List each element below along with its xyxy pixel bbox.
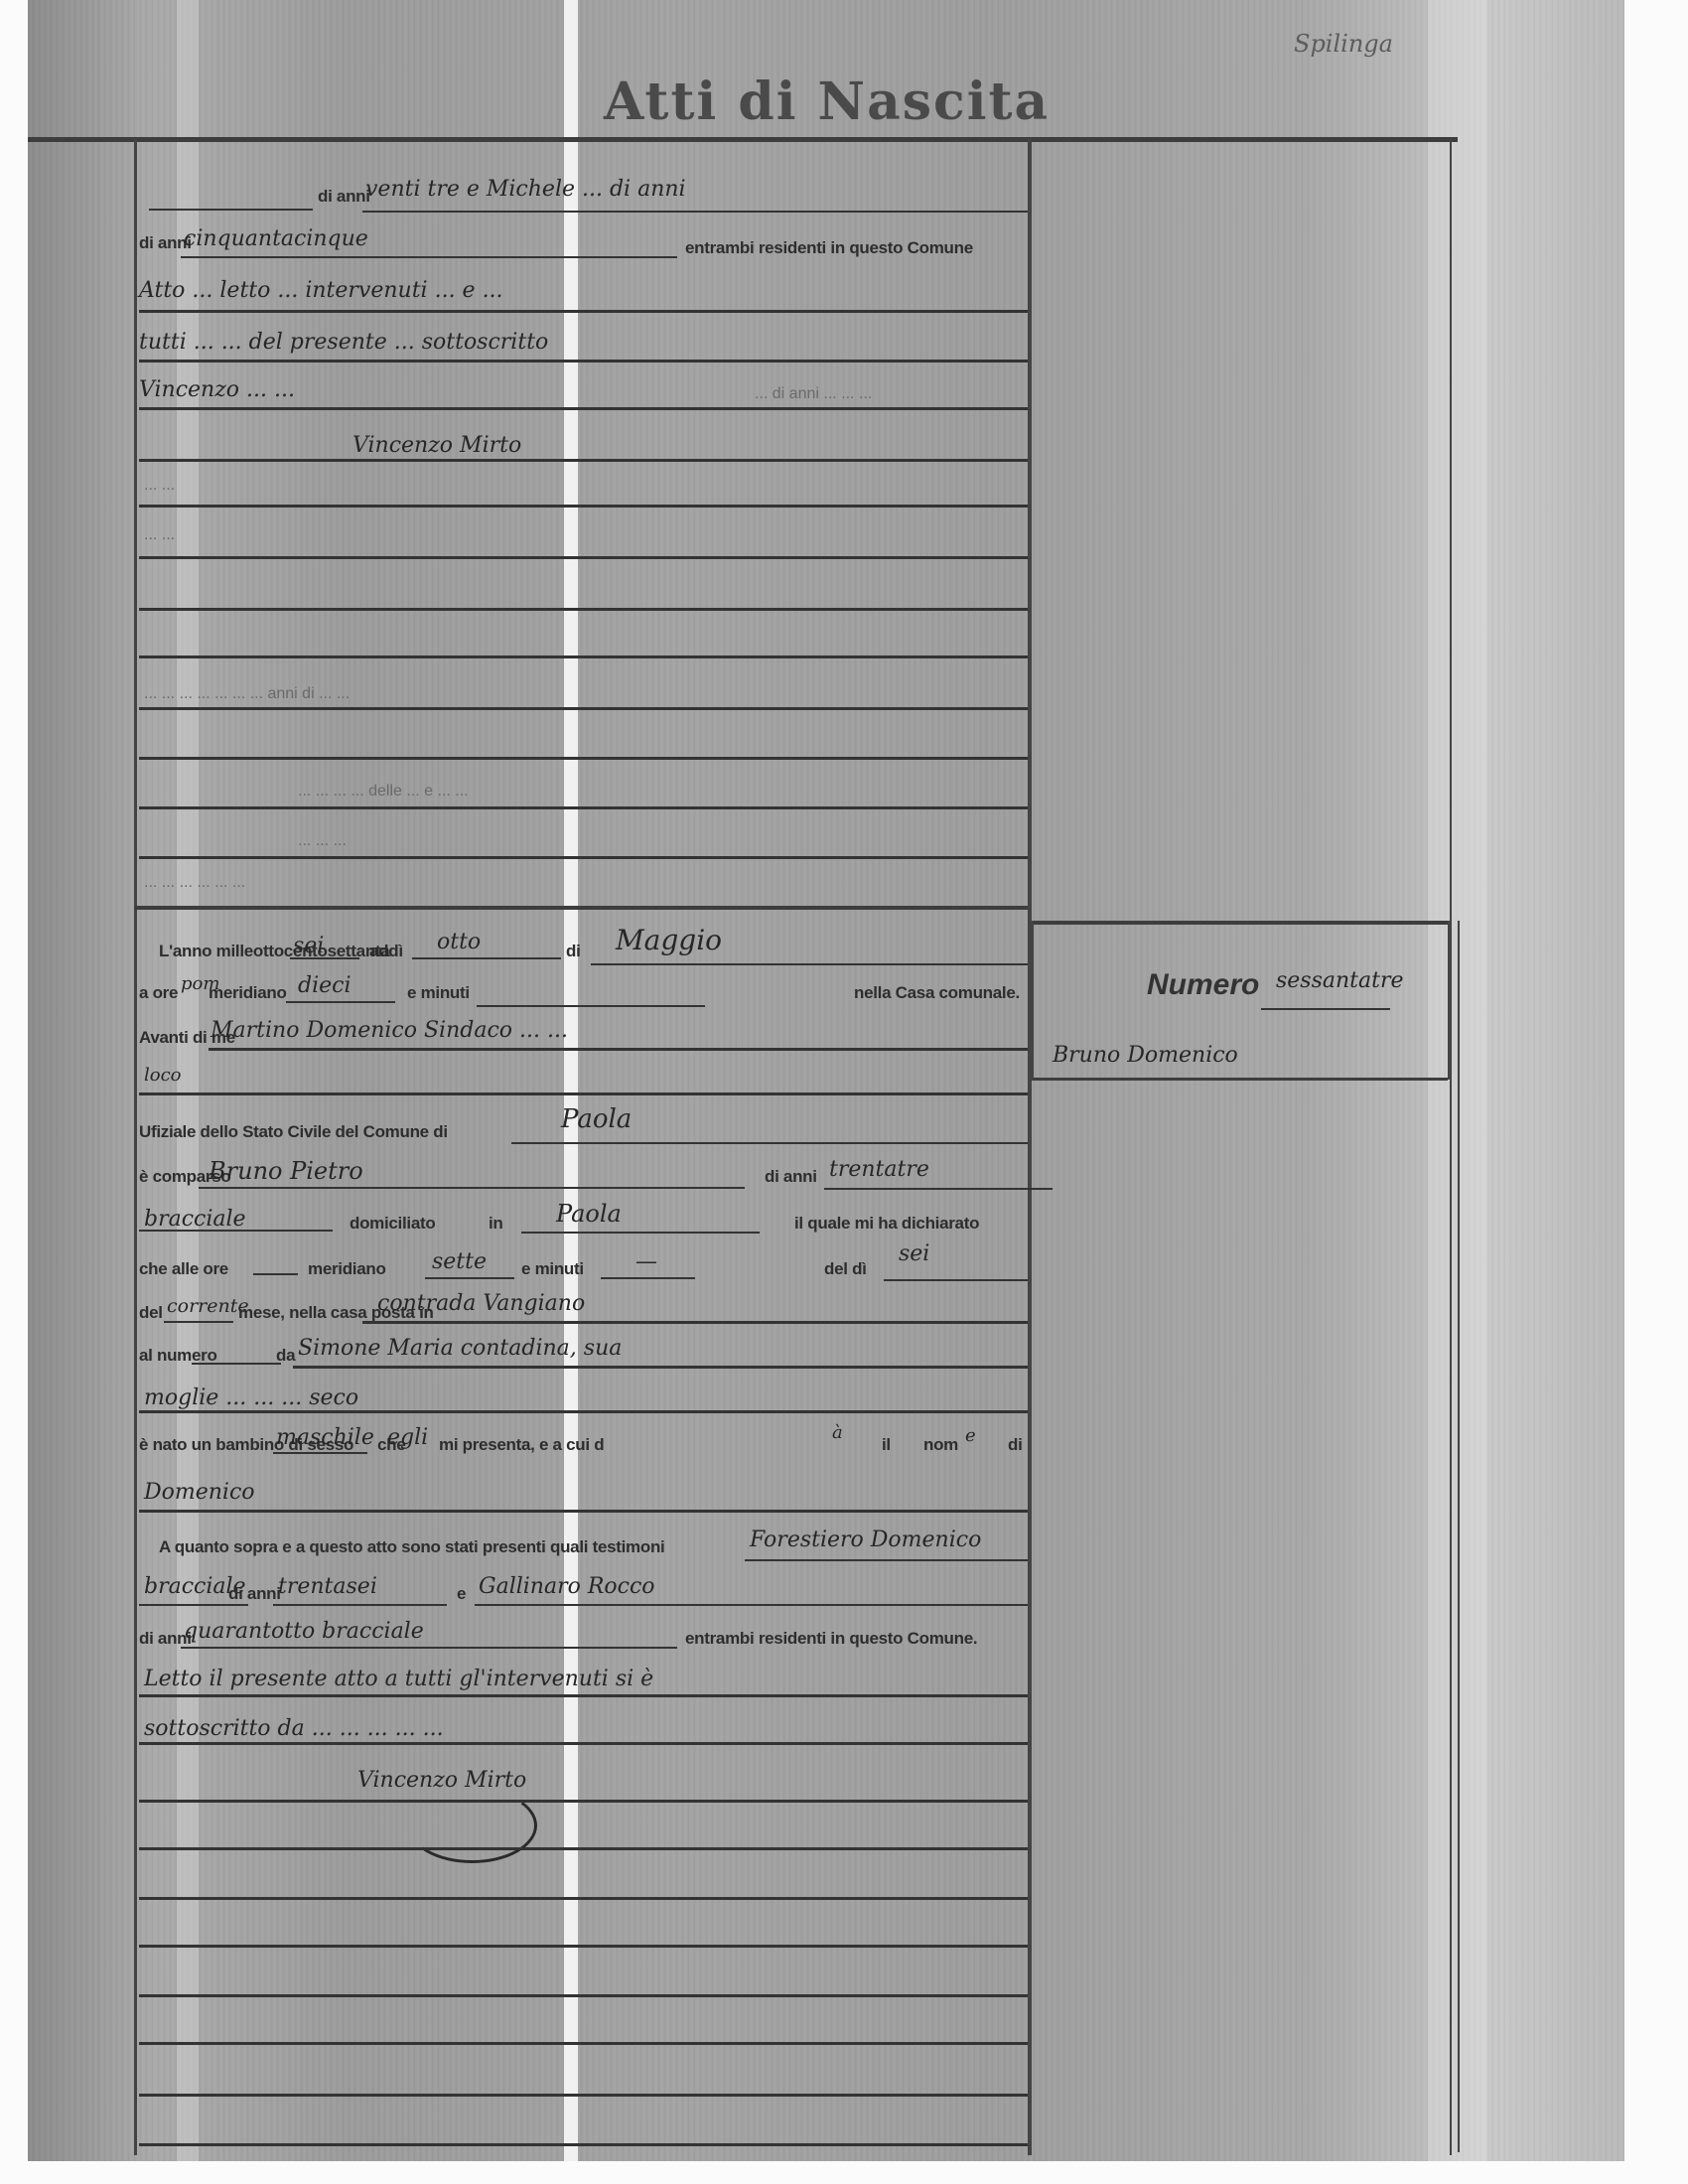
il-label: il xyxy=(882,1435,891,1455)
and-label: e xyxy=(457,1584,466,1604)
witness1-name-entry: Forestiero Domenico xyxy=(750,1528,981,1552)
margin-box-bottom xyxy=(1031,1078,1448,1081)
corner-annotation: Spilinga xyxy=(1294,30,1393,58)
hour2-entry: sette xyxy=(432,1249,487,1274)
left-border xyxy=(134,139,137,2155)
blank-line xyxy=(511,1142,1028,1144)
blank-line xyxy=(253,1273,298,1275)
blank-line xyxy=(745,1559,1028,1561)
month-entry: Maggio xyxy=(616,924,722,956)
blank-line xyxy=(884,1279,1028,1281)
ruled-line xyxy=(139,556,1028,559)
domicile-entry: Paola xyxy=(556,1200,622,1228)
ruled-line xyxy=(139,655,1028,658)
ruled-line xyxy=(139,1994,1028,1997)
field-label: di anni xyxy=(318,187,370,207)
blank-line xyxy=(290,957,359,959)
ruled-line xyxy=(293,1366,1028,1369)
mother-entry: Simone Maria contadina, sua xyxy=(298,1336,622,1361)
sex-entry: maschile xyxy=(276,1425,374,1450)
blank-line xyxy=(192,1363,281,1365)
officer-label: Ufiziale dello Stato Civile del Comune d… xyxy=(139,1122,448,1142)
margin-box-left xyxy=(1031,921,1034,1080)
profession-entry: bracciale xyxy=(144,1207,246,1232)
field-label: entrambi residenti in questo Comune xyxy=(685,238,973,258)
blank-line xyxy=(181,1647,677,1649)
officer-signature: Vincenzo Mirto xyxy=(357,1768,526,1793)
blank-line xyxy=(286,1001,395,1003)
blank-line xyxy=(1261,1008,1390,1010)
presents-label-2: mi presenta, e a cui d xyxy=(439,1435,604,1455)
officer-name-entry: Martino Domenico Sindaco ... ... xyxy=(211,1018,568,1043)
gives-entry: à xyxy=(832,1422,843,1443)
w1-age-label: di anni xyxy=(228,1584,281,1604)
blank-line xyxy=(521,1232,760,1234)
month2-entry: corrente xyxy=(167,1295,249,1317)
handwritten-entry: tutti ... ... del presente ... sottoscri… xyxy=(139,330,548,355)
ruled-line xyxy=(139,2094,1028,2097)
section-divider xyxy=(134,906,1028,910)
header-rule xyxy=(28,137,1458,142)
residents-label: entrambi residenti in questo Comune. xyxy=(685,1629,977,1649)
ruled-line xyxy=(139,608,1028,611)
age-label: di anni xyxy=(765,1167,817,1187)
blank-line xyxy=(149,209,313,211)
child-name-entry: Domenico xyxy=(144,1480,255,1505)
ruled-line xyxy=(139,1694,1028,1697)
numero-label: Numero xyxy=(1147,968,1259,1002)
domiciled-label: domiciliato xyxy=(350,1214,435,1234)
right-border xyxy=(1450,139,1452,2155)
ruled-line xyxy=(139,1800,1028,1803)
of-day-label: del dì xyxy=(824,1259,867,1279)
ruled-line xyxy=(139,1847,1028,1850)
presents-entry: egli xyxy=(387,1425,428,1450)
day-label: addì xyxy=(369,942,403,961)
that-hour-label: che alle ore xyxy=(139,1259,228,1279)
place-label: nella Casa comunale. xyxy=(854,983,1020,1003)
margin-box-right xyxy=(1448,921,1451,1080)
blank-line xyxy=(199,1187,745,1189)
day2-entry: sei xyxy=(899,1241,929,1266)
blank-line xyxy=(362,211,1028,213)
closing-entry: sottoscritto da ... ... ... ... ... xyxy=(144,1716,444,1741)
month-label: di xyxy=(566,942,581,961)
handwritten-entry: Atto ... letto ... intervenuti ... e ... xyxy=(139,278,503,303)
blank-line xyxy=(591,963,1028,965)
declarant-name-entry: Bruno Pietro xyxy=(209,1157,363,1185)
scan-streak xyxy=(564,0,578,2161)
minutes2-label: e minuti xyxy=(521,1259,584,1279)
blank-line xyxy=(824,1188,1053,1190)
handwritten-entry: cinquantacinque xyxy=(184,226,368,251)
margin-name-entry: Bruno Domenico xyxy=(1053,1043,1238,1068)
declared-label: il quale mi ha dichiarato xyxy=(794,1214,979,1234)
in-label: in xyxy=(489,1214,503,1234)
witnesses-intro-label: A quanto sopra e a questo atto sono stat… xyxy=(159,1537,664,1557)
witness1-age-entry: trentasei xyxy=(278,1574,377,1599)
blank-line xyxy=(477,1005,705,1007)
printed-text-faint: ... ... ... ... ... ... ... anni di ... … xyxy=(144,685,350,703)
ruled-line xyxy=(139,2042,1028,2045)
blank-line xyxy=(139,1230,333,1232)
document-title: Atti di Nascita xyxy=(604,72,1050,132)
minutes-label: e minuti xyxy=(407,983,470,1003)
nome-suffix-entry: e xyxy=(965,1425,976,1446)
blank-line xyxy=(475,1604,1028,1606)
ruled-line xyxy=(209,1048,1028,1051)
witness2-name-entry: Gallinaro Rocco xyxy=(479,1574,655,1599)
ruled-line xyxy=(362,1321,1028,1324)
age-entry: trentatre xyxy=(829,1157,929,1182)
printed-text-faint: ... ... ... xyxy=(298,832,347,850)
signature: Vincenzo Mirto xyxy=(352,433,521,458)
hour-entry: dieci xyxy=(298,973,352,998)
blank-line xyxy=(425,1277,514,1279)
blank-line xyxy=(273,1604,447,1606)
closing-entry: Letto il presente atto a tutti gl'interv… xyxy=(144,1667,653,1691)
ruled-line xyxy=(139,360,1028,363)
blank-line xyxy=(164,1321,233,1323)
meridiano2-label: meridiano xyxy=(308,1259,386,1279)
blank-line xyxy=(412,957,561,959)
day-entry: otto xyxy=(437,930,481,954)
scanned-page: Atti di Nascita Spilinga xyxy=(28,0,1624,2161)
ruled-line xyxy=(139,707,1028,710)
blank-line xyxy=(601,1277,695,1279)
ruled-line xyxy=(139,1945,1028,1948)
ruled-line xyxy=(139,505,1028,508)
ruled-line xyxy=(139,1897,1028,1900)
handwritten-entry: Vincenzo ... ... xyxy=(139,377,295,402)
margin-box-top xyxy=(1031,921,1448,925)
mother-entry-continued: moglie ... ... ... seco xyxy=(144,1385,358,1410)
act-number-entry: sessantatre xyxy=(1276,968,1404,993)
handwritten-entry: venti tre e Michele ... di anni xyxy=(365,177,686,202)
column-divider xyxy=(1028,139,1032,2155)
printed-text-faint: ... ... ... ... ... ... xyxy=(144,874,245,892)
ruled-line xyxy=(139,856,1028,859)
ruled-line xyxy=(139,1742,1028,1745)
printed-text-faint: ... ... xyxy=(144,477,175,495)
ruled-line xyxy=(139,806,1028,809)
ruled-line xyxy=(139,459,1028,462)
ruled-line xyxy=(139,1510,1028,1513)
ruled-line xyxy=(139,1410,1028,1413)
ruled-line xyxy=(139,1092,1028,1095)
ruled-line xyxy=(139,407,1028,410)
ruled-line xyxy=(139,310,1028,313)
blank-line xyxy=(273,1452,367,1454)
handwritten-entry: loco xyxy=(144,1065,182,1086)
di-label: di xyxy=(1008,1435,1023,1455)
printed-text-faint: ... ... xyxy=(144,526,175,544)
margin-right-line xyxy=(1458,921,1460,2152)
nome-label: nom xyxy=(923,1435,958,1455)
ruled-line xyxy=(139,2143,1028,2146)
blank-line xyxy=(139,1604,248,1606)
comune-entry: Paola xyxy=(561,1104,632,1134)
printed-text-faint: ... ... ... ... delle ... e ... ... xyxy=(298,783,469,801)
witness2-age-entry: quarantotto bracciale xyxy=(184,1619,424,1644)
house-entry: contrada Vangiano xyxy=(377,1291,585,1316)
hour-label: a ore xyxy=(139,983,178,1003)
year-entry: sei xyxy=(293,934,324,958)
printed-text-faint: ... di anni ... ... ... xyxy=(755,385,872,403)
of-label: del xyxy=(139,1303,163,1323)
blank-line xyxy=(181,256,677,258)
from-label: da xyxy=(276,1346,295,1366)
minutes2-entry: — xyxy=(635,1249,657,1274)
ruled-line xyxy=(139,757,1028,760)
meridiano-label: meridiano xyxy=(209,983,287,1003)
